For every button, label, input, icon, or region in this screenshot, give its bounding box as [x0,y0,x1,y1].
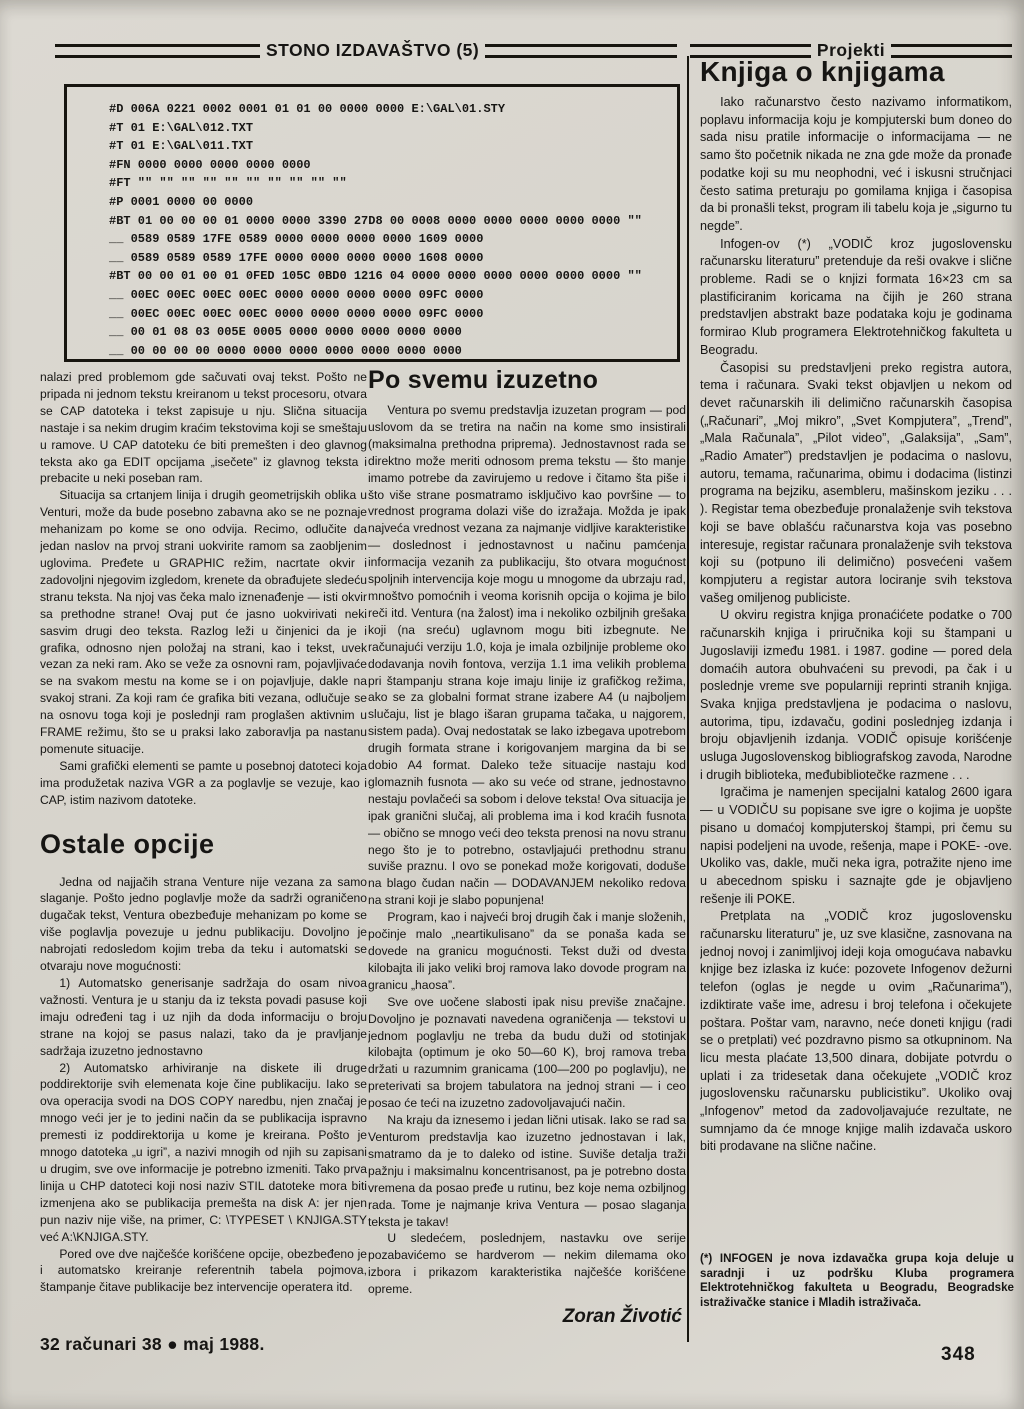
code-line: __ 00 00 00 00 0000 0000 0000 0000 0000 … [109,342,671,361]
middle-column: Po svemu izuzetno Ventura po svemu preds… [368,366,686,1351]
code-line: #P 0001 0000 00 0000 [109,193,671,212]
paragraph: 2) Automatsko arhiviranje na diskete ili… [40,1060,367,1246]
column-divider [687,56,689,1342]
paragraph: Sve ove uočene slabosti ipak nisu previš… [368,994,686,1112]
left-column: nalazi pred problemom gde sačuvati ovaj … [40,369,367,1327]
paragraph: Pretplata na „VODIČ kroz jugoslovensku r… [700,908,1012,1156]
right-column: Knjiga o knjigama Iako računarstvo često… [700,56,1012,1192]
author-signature: Zoran Životić [368,1306,686,1328]
paragraph: U okviru registra knjiga pronaćićete pod… [700,607,1012,784]
section-heading-knjiga-o-knjigama: Knjiga o knjigama [700,56,1012,88]
code-line: __ 00 01 08 03 005E 0005 0000 0000 0000 … [109,323,671,342]
paragraph: Infogen-ov (*) „VODIČ kroz jugoslovensku… [700,236,1012,360]
code-line: #T 01 E:\GAL\012.TXT [109,119,671,138]
page-number: 348 [941,1344,976,1366]
code-line: __ 00EC 00EC 00EC 00EC 0000 0000 0000 00… [109,305,671,324]
code-line: __ 0589 0589 0589 17FE 0000 0000 0000 00… [109,249,671,268]
paragraph: U sledećem, poslednjem, nastavku ove ser… [368,1230,686,1298]
paragraph: Program, kao i najveći broj drugih čak i… [368,909,686,994]
paragraph: Situacija sa crtanjem linija i drugih ge… [40,487,367,758]
header-rule-left: STONO IZDAVAŠTVO (5) [55,40,677,61]
paragraph: Ventura po svemu predstavlja izuzetan pr… [368,402,686,909]
code-line: #BT 01 00 00 00 01 0000 0000 3390 27D8 0… [109,212,671,231]
code-line: #FN 0000 0000 0000 0000 0000 [109,156,671,175]
section-heading-po-svemu-izuzetno: Po svemu izuzetno [368,366,686,395]
code-line: __ 00EC 00EC 00EC 00EC 0000 0000 0000 00… [109,286,671,305]
code-line: #FT "" "" "" "" "" "" "" "" "" "" [109,174,671,193]
paragraph: Jedna od najjačih strana Venture nije ve… [40,874,367,975]
code-line: #BT 00 00 01 00 01 0FED 105C 0BD0 1216 0… [109,267,671,286]
paragraph: Igračima je namenjen specijalni katalog … [700,784,1012,908]
footer-issue-info: 32 računari 38 ● maj 1988. [40,1334,265,1355]
code-line: __ 0589 0589 17FE 0589 0000 0000 0000 00… [109,230,671,249]
paragraph: Iako računarstvo često nazivamo informat… [700,94,1012,236]
paragraph: Pored ove dve najčešće korišćene opcije,… [40,1246,367,1297]
infogen-footnote: (*) INFOGEN je nova izdavačka grupa koja… [700,1252,1014,1310]
code-listing-box: #D 006A 0221 0002 0001 01 01 00 0000 000… [64,84,680,362]
header-rule-segment [55,44,260,58]
code-line: #T 01 E:\GAL\011.TXT [109,137,671,156]
paragraph: nalazi pred problemom gde sačuvati ovaj … [40,369,367,487]
code-line: #D 006A 0221 0002 0001 01 01 00 0000 000… [109,100,671,119]
paragraph: Na kraju da iznesemo i jedan lični utisa… [368,1112,686,1230]
paragraph: Sami grafički elementi se pamte u posebn… [40,758,367,809]
magazine-page: STONO IZDAVAŠTVO (5) Projekti #D 006A 02… [0,0,1024,1409]
section-header-left: STONO IZDAVAŠTVO (5) [260,40,485,61]
paragraph: 1) Automatsko generisanje sadržaja do os… [40,975,367,1060]
section-heading-ostale-opcije: Ostale opcije [40,829,367,860]
paragraph: Časopisi su predstavljeni preko registra… [700,360,1012,608]
header-rule-segment [485,44,677,58]
